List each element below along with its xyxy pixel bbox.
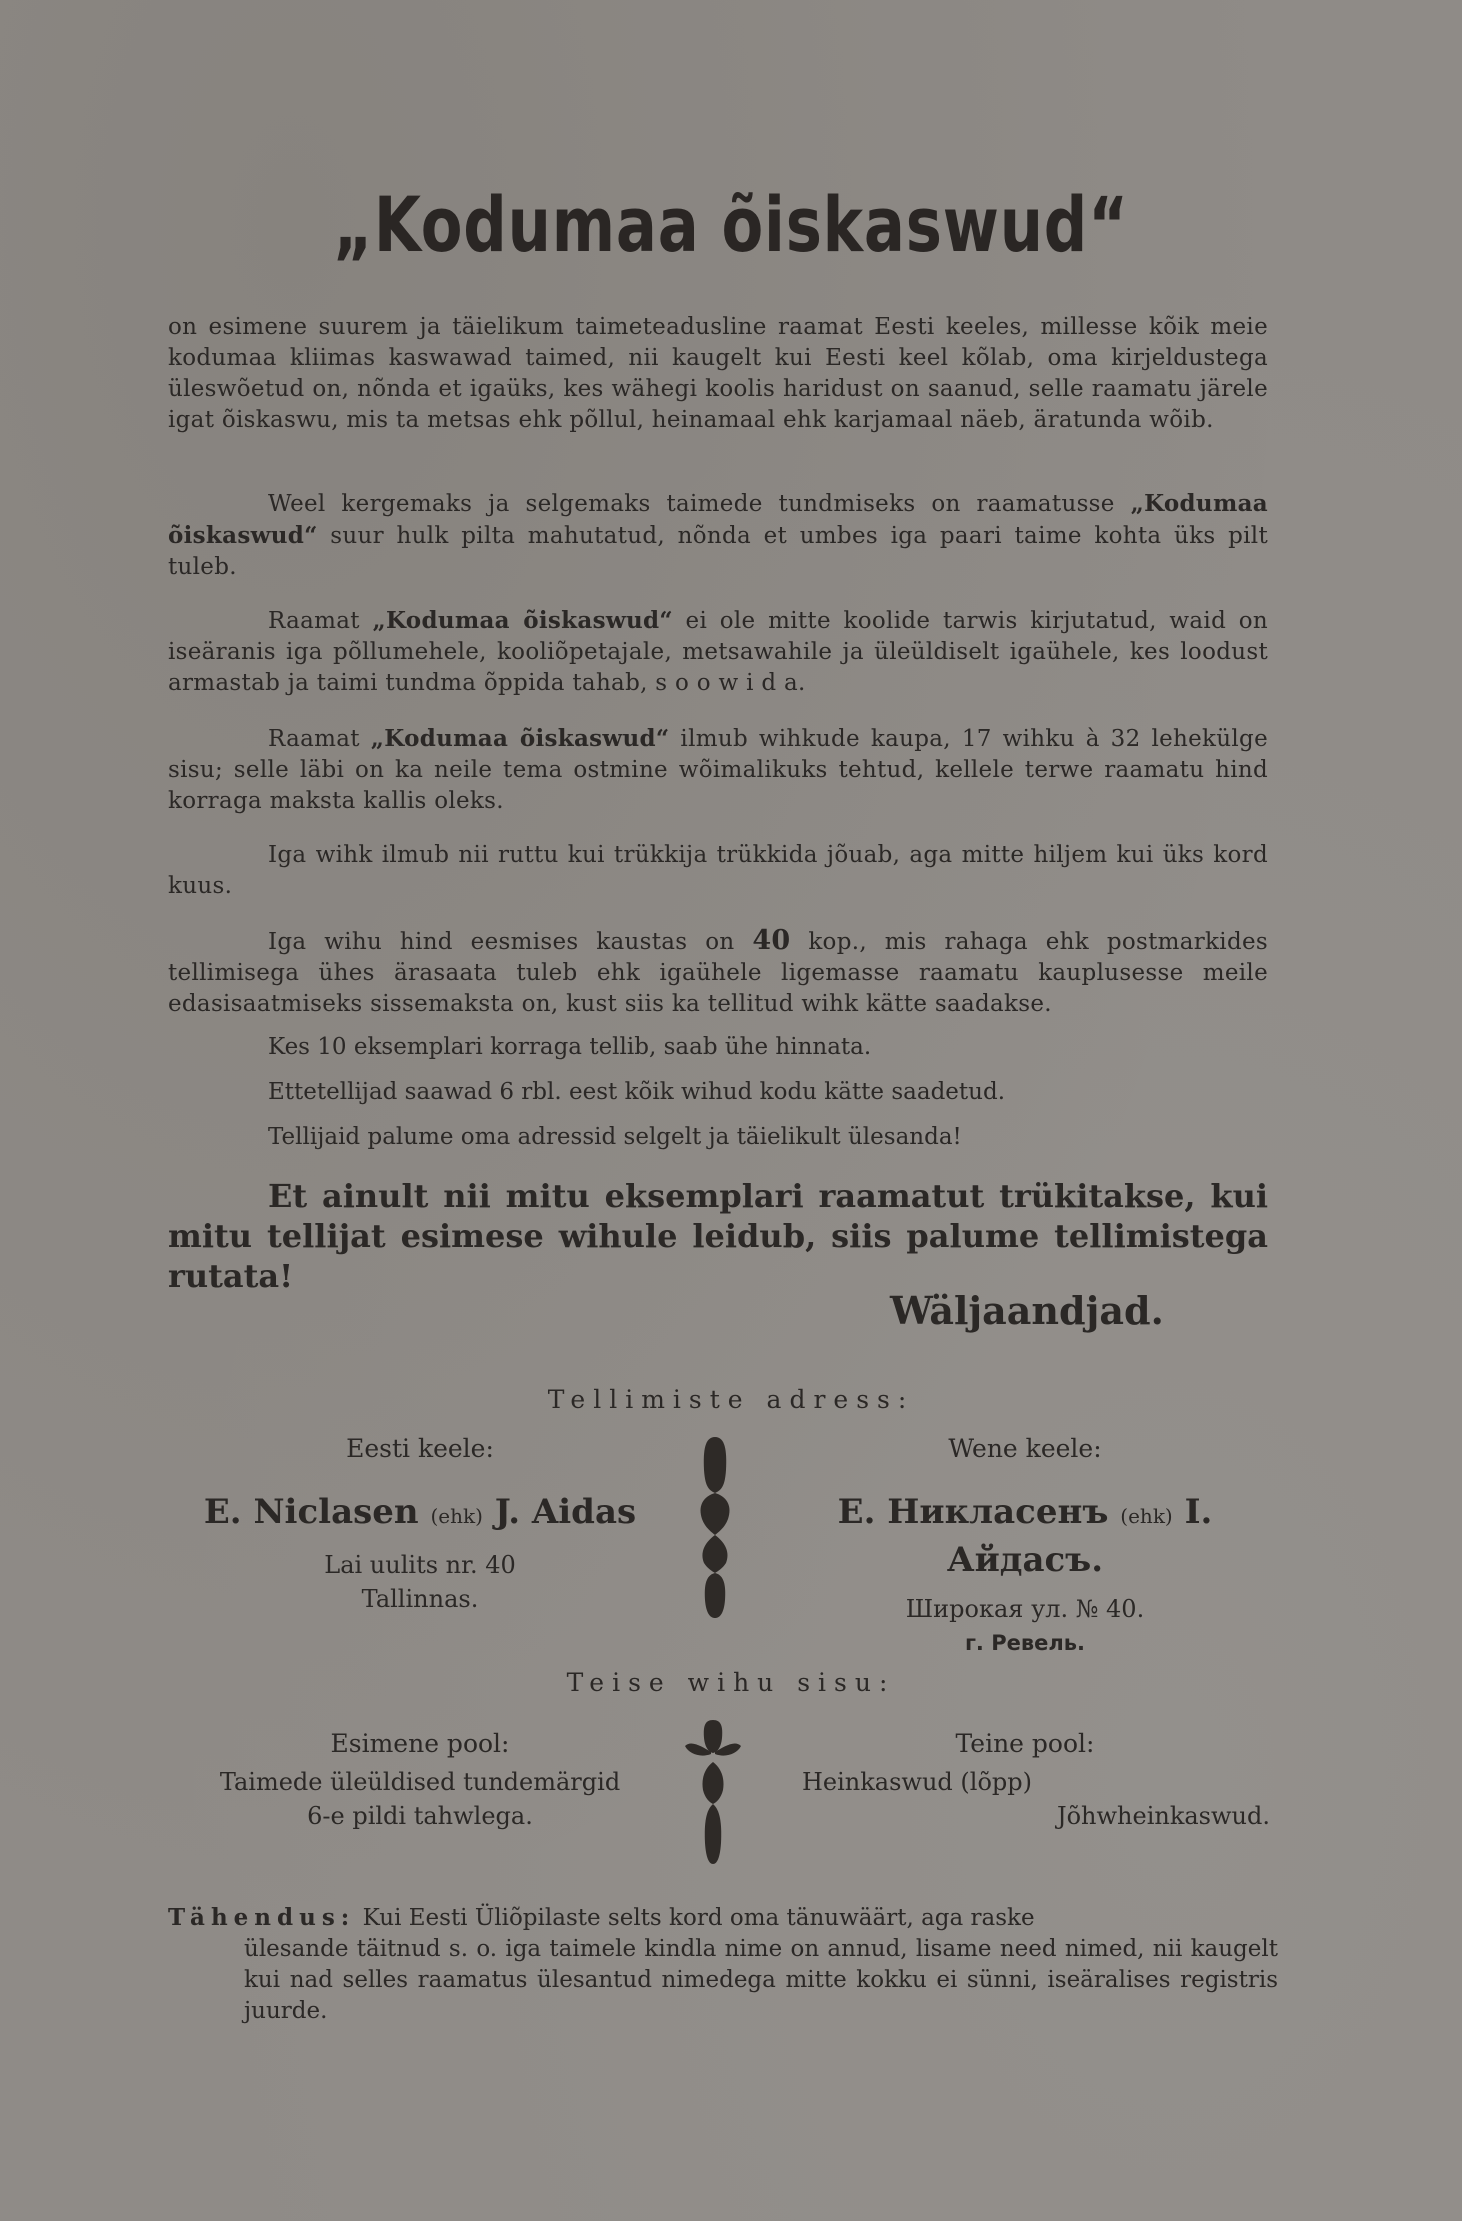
prepay-offer-line: Ettetellijad saawad 6 rbl. eest kõik wih… (268, 1077, 1005, 1108)
emphasis-paragraph: Et ainult nii mitu eksemplari raamatut t… (168, 1176, 1268, 1296)
paragraph-price: Iga wihu hind eesmises kaustas on 40 kop… (168, 925, 1268, 1020)
second-side-label: Teine pool: (760, 1727, 1290, 1761)
book-title-inline: „Kodumaa õiskaswud“ (371, 725, 670, 752)
footnote-text-first: Kui Eesti Üliõpilaste selts kord oma tän… (363, 1905, 1035, 1931)
ornament-flower-icon (683, 1718, 743, 1868)
estonian-city: Tallinnas. (170, 1582, 670, 1616)
paragraph-text: suur hulk pilta mahutatud, nõnda et umbe… (168, 523, 1268, 580)
paragraph-schedule: Iga wihk ilmub nii ruttu kui trükkija tr… (168, 840, 1268, 902)
publisher-name-b: J. Aidas (495, 1492, 636, 1532)
paragraph-audience: Raamat „Kodumaa õiskaswud“ ei ole mitte … (168, 605, 1268, 699)
paragraph-installments: Raamat „Kodumaa õiskaswud“ ilmub wihkude… (168, 723, 1268, 817)
second-side-line2: Jõhwheinkaswud. (760, 1799, 1290, 1833)
estonian-address: Eesti keele: E. Niclasen (ehk) J. Aidas … (170, 1432, 670, 1616)
paragraph-text: Raamat (268, 726, 371, 752)
ornament-knot-icon (690, 1435, 740, 1620)
book-title-inline: „Kodumaa õiskaswud“ (372, 607, 672, 634)
second-side-line1: Heinkaswud (lõpp) (760, 1765, 1290, 1799)
intro-paragraph: on esimene suurem ja täielikum taimetead… (168, 312, 1268, 436)
russian-street: Широкая ул. № 40. (760, 1592, 1290, 1626)
estonian-label: Eesti keele: (170, 1432, 670, 1466)
footnote-lead: Tähendus: (168, 1904, 355, 1931)
page-title: „Kodumaa õiskaswud“ (146, 180, 1316, 269)
paragraph-text: on esimene suurem ja täielikum taimetead… (168, 314, 1268, 433)
russian-publishers: Е. Никласенъ (ehk) I. Айдасъ. (760, 1490, 1290, 1582)
contents-heading: Teise wihu sisu: (0, 1668, 1462, 1697)
paragraph-text: Raamat (268, 608, 372, 634)
second-side-contents: Teine pool: Heinkaswud (lõpp) Jõhwheinka… (760, 1727, 1290, 1833)
publishers-signature: Wäljaandjad. (890, 1288, 1164, 1333)
estonian-street: Lai uulits nr. 40 (170, 1548, 670, 1582)
publisher-name-a: E. Niclasen (204, 1492, 419, 1532)
address-heading: Tellimiste adress: (0, 1385, 1462, 1414)
russian-city: г. Ревель. (760, 1626, 1290, 1660)
price-value: 40 (752, 925, 790, 956)
paragraph-text: Iga wihu hind eesmises kaustas on (268, 929, 752, 955)
footnote-text-rest: ülesande täitnud s. o. iga taimele kindl… (168, 1934, 1278, 2027)
conjunction: (ehk) (430, 1504, 482, 1528)
first-side-line2: 6-e pildi tahwlega. (170, 1799, 670, 1833)
estonian-publishers: E. Niclasen (ehk) J. Aidas (170, 1490, 670, 1538)
address-request-line: Tellijaid palume oma adressid selgelt ja… (268, 1122, 962, 1153)
conjunction: (ehk) (1120, 1504, 1172, 1528)
footnote: Tähendus: Kui Eesti Üliõpilaste selts ko… (168, 1902, 1278, 2027)
paragraph-text: Weel kergemaks ja selgemaks taimede tund… (268, 491, 1131, 517)
paragraph-text: Iga wihk ilmub nii ruttu kui trükkija tr… (168, 842, 1268, 899)
russian-label: Wene keele: (760, 1432, 1290, 1466)
first-side-label: Esimene pool: (170, 1727, 670, 1761)
first-side-line1: Taimede üleüldised tundemärgid (170, 1765, 670, 1799)
first-side-contents: Esimene pool: Taimede üleüldised tundemä… (170, 1727, 670, 1833)
publisher-name-a: Е. Никласенъ (838, 1492, 1109, 1532)
bulk-offer-line: Kes 10 eksemplari korraga tellib, saab ü… (268, 1032, 871, 1063)
russian-address: Wene keele: Е. Никласенъ (ehk) I. Айдасъ… (760, 1432, 1290, 1660)
document-page: „Kodumaa õiskaswud“ on esimene suurem ja… (0, 0, 1462, 2221)
paragraph-illustrations: Weel kergemaks ja selgemaks taimede tund… (168, 488, 1268, 583)
